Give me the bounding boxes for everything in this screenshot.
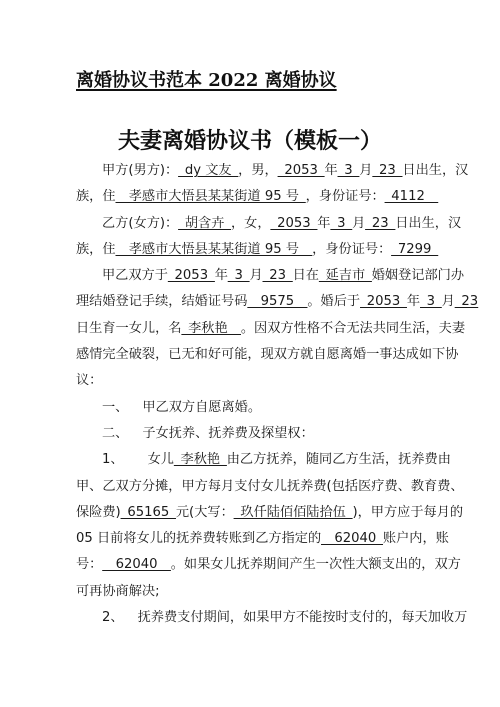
party-a-birth-year: _2053_ (278, 163, 325, 178)
clause-2: 二、子女抚养、抚养费及探望权： (76, 421, 428, 447)
subclause-1-child-name: _李秋艳_ (174, 452, 227, 467)
subclause-1-suffix: 由乙方抚养，随同乙方生活，抚养费由 (227, 452, 451, 467)
party-b-line-2: 族，住__孝感市大悟县某某街道 95 号__，身份证号：_7299_ (76, 237, 428, 263)
party-a-label: 甲方(男方)： (102, 163, 178, 178)
clause-2-number: 二、 (102, 426, 128, 441)
marriage-line1-suffix: 婚姻登记部门办 (372, 268, 464, 283)
document-title: 夫妻离婚协议书（模板一） (0, 124, 500, 155)
party-b-line-1: 乙方(女方)：_胡含卉_，女，_2053_年_3_月_23_日出生，汉 (76, 211, 428, 237)
marriage-place-prefix: 日在 (293, 268, 319, 283)
month-label: 月 (249, 268, 262, 283)
party-b-birth-suffix: 日出生，汉 (395, 216, 461, 231)
party-b-gender: ，女， (231, 216, 271, 231)
clause-1-number: 一、 (102, 400, 128, 415)
marriage-intro: 甲乙双方于 (102, 268, 168, 283)
party-a-birth-day: _23_ (372, 163, 402, 178)
marriage-day: _23_ (263, 268, 293, 283)
year-label: 年 (317, 216, 330, 231)
amount-words-label: 元(大写： (176, 505, 234, 520)
child-birth-day: _23 (455, 294, 478, 309)
party-b-ethnic: 族，住 (76, 242, 116, 257)
month-label: 月 (442, 294, 455, 309)
year-label: 年 (215, 268, 228, 283)
subclause-1-line5-suffix: 。如果女儿抚养期间产生一次性大额支出的，双方 (171, 557, 461, 572)
party-a-id-label: ，身份证号： (306, 189, 385, 204)
transfer-text: 05 日前将女儿的抚养费转账到乙方指定的 (76, 531, 321, 546)
party-a-ethnic: 族，住 (76, 189, 116, 204)
clause-1: 一、甲乙双方自愿离婚。 (76, 395, 428, 421)
month-label: 月 (359, 163, 372, 178)
child-name: _李秋艳__ (182, 321, 241, 336)
marriage-month: _3_ (228, 268, 250, 283)
subclause-1-line-4: 05 日前将女儿的抚养费转账到乙方指定的__62040_账户内，账 (76, 526, 428, 552)
subclause-1-line-2: 甲、乙双方分摊，甲方每月支付女儿抚养费(包括医疗费、教育费、 (76, 474, 428, 500)
child-birth-month: _3_ (420, 294, 442, 309)
marriage-line-5: 议： (76, 368, 428, 394)
party-b-name: _胡含卉_ (178, 216, 231, 231)
marriage-line-4: 感情完全破裂，已无和好可能，现双方就自愿离婚一事达成如下协 (76, 342, 428, 368)
party-b-address: __孝感市大悟县某某街道 95 号__ (116, 242, 313, 257)
year-label: 年 (324, 163, 337, 178)
support-amount: _65165_ (121, 505, 176, 520)
marriage-after-prefix: 。婚后于 (307, 294, 360, 309)
party-b-birth-month: _3_ (330, 216, 352, 231)
party-b-label: 乙方(女方)： (102, 216, 178, 231)
subclause-2-line-1: 2、抚养费支付期间，如果甲方不能按时支付的，每天加收万 (76, 605, 428, 631)
party-b-birth-day: _23_ (365, 216, 395, 231)
month-label: 月 (352, 216, 365, 231)
party-a-line-1: 甲方(男方)：_dy 文友_，男，_2053_年_3_月_23_日出生，汉 (76, 158, 428, 184)
year-label: 年 (407, 294, 420, 309)
document-header-title: 离婚协议书范本 2022 离婚协议 (76, 66, 337, 92)
subclause-2-text: 抚养费支付期间，如果甲方不能按时支付的，每天加收万 (138, 610, 468, 625)
party-a-birth-suffix: 日出生，汉 (402, 163, 468, 178)
clause-1-text: 甲乙双方自愿离婚。 (142, 400, 261, 415)
marriage-cert-number: __9575__ (247, 294, 307, 309)
marriage-year: _2053_ (168, 268, 215, 283)
marriage-line3-suffix: 。因双方性格不合无法共同生活，夫妻 (241, 321, 465, 336)
document-page: 离婚协议书范本 2022 离婚协议 夫妻离婚协议书（模板一） 甲方(男方)：_d… (0, 0, 500, 707)
marriage-cert-label: 理结婚登记手续，结婚证号码 (76, 294, 247, 309)
party-a-birth-month: _3_ (338, 163, 360, 178)
subclause-1-number: 1、 (102, 452, 124, 467)
account-number: __62040__ (102, 557, 170, 572)
marriage-line3-prefix: 日生育一女儿，名 (76, 321, 182, 336)
party-a-line-2: 族，住__孝感市大悟县某某街道 95 号_，身份证号：_4112__ (76, 184, 428, 210)
document-body: 甲方(男方)：_dy 文友_，男，_2053_年_3_月_23_日出生，汉 族，… (76, 158, 428, 631)
subclause-1-prefix: 女儿 (148, 452, 174, 467)
party-b-id-label: ，身份证号： (312, 242, 391, 257)
subclause-1-line-3: 保险费)_65165_元(大写：_玖仟陆佰佰陆拾伍_)，甲方应于每月的 (76, 500, 428, 526)
subclause-1-line3-suffix: )，甲方应于每月的 (352, 505, 463, 520)
party-b-birth-year: _2053_ (271, 216, 318, 231)
account-suffix: 账户内，账 (383, 531, 449, 546)
party-b-id-number: _7299_ (391, 242, 438, 257)
support-amount-words: _玖仟陆佰佰陆拾伍_ (234, 505, 353, 520)
subclause-1-line-6: 可再协商解决; (76, 579, 428, 605)
party-a-address: __孝感市大悟县某某街道 95 号_ (116, 189, 306, 204)
marriage-line-1: 甲乙双方于_2053_年_3_月_23_日在_延吉市_婚姻登记部门办 (76, 263, 428, 289)
party-a-name: _dy 文友_ (178, 163, 238, 178)
marriage-line-3: 日生育一女儿，名_李秋艳__。因双方性格不合无法共同生活，夫妻 (76, 316, 428, 342)
party-a-gender: ，男， (238, 163, 278, 178)
account-name: __62040_ (321, 531, 383, 546)
child-birth-year: _2053_ (360, 294, 407, 309)
insurance-label: 保险费) (76, 505, 121, 520)
account-no-label: 号： (76, 557, 102, 572)
subclause-1-line-1: 1、女儿_李秋艳_由乙方抚养，随同乙方生活，抚养费由 (76, 447, 428, 473)
subclause-2-number: 2、 (102, 610, 124, 625)
marriage-line-2: 理结婚登记手续，结婚证号码__9575__。婚后于_2053_年_3_月_23 (76, 289, 428, 315)
party-a-id-number: _4112__ (385, 189, 438, 204)
marriage-city: _延吉市_ (319, 268, 372, 283)
subclause-1-line-5: 号：__62040__。如果女儿抚养期间产生一次性大额支出的，双方 (76, 552, 428, 578)
clause-2-text: 子女抚养、抚养费及探望权： (142, 426, 313, 441)
